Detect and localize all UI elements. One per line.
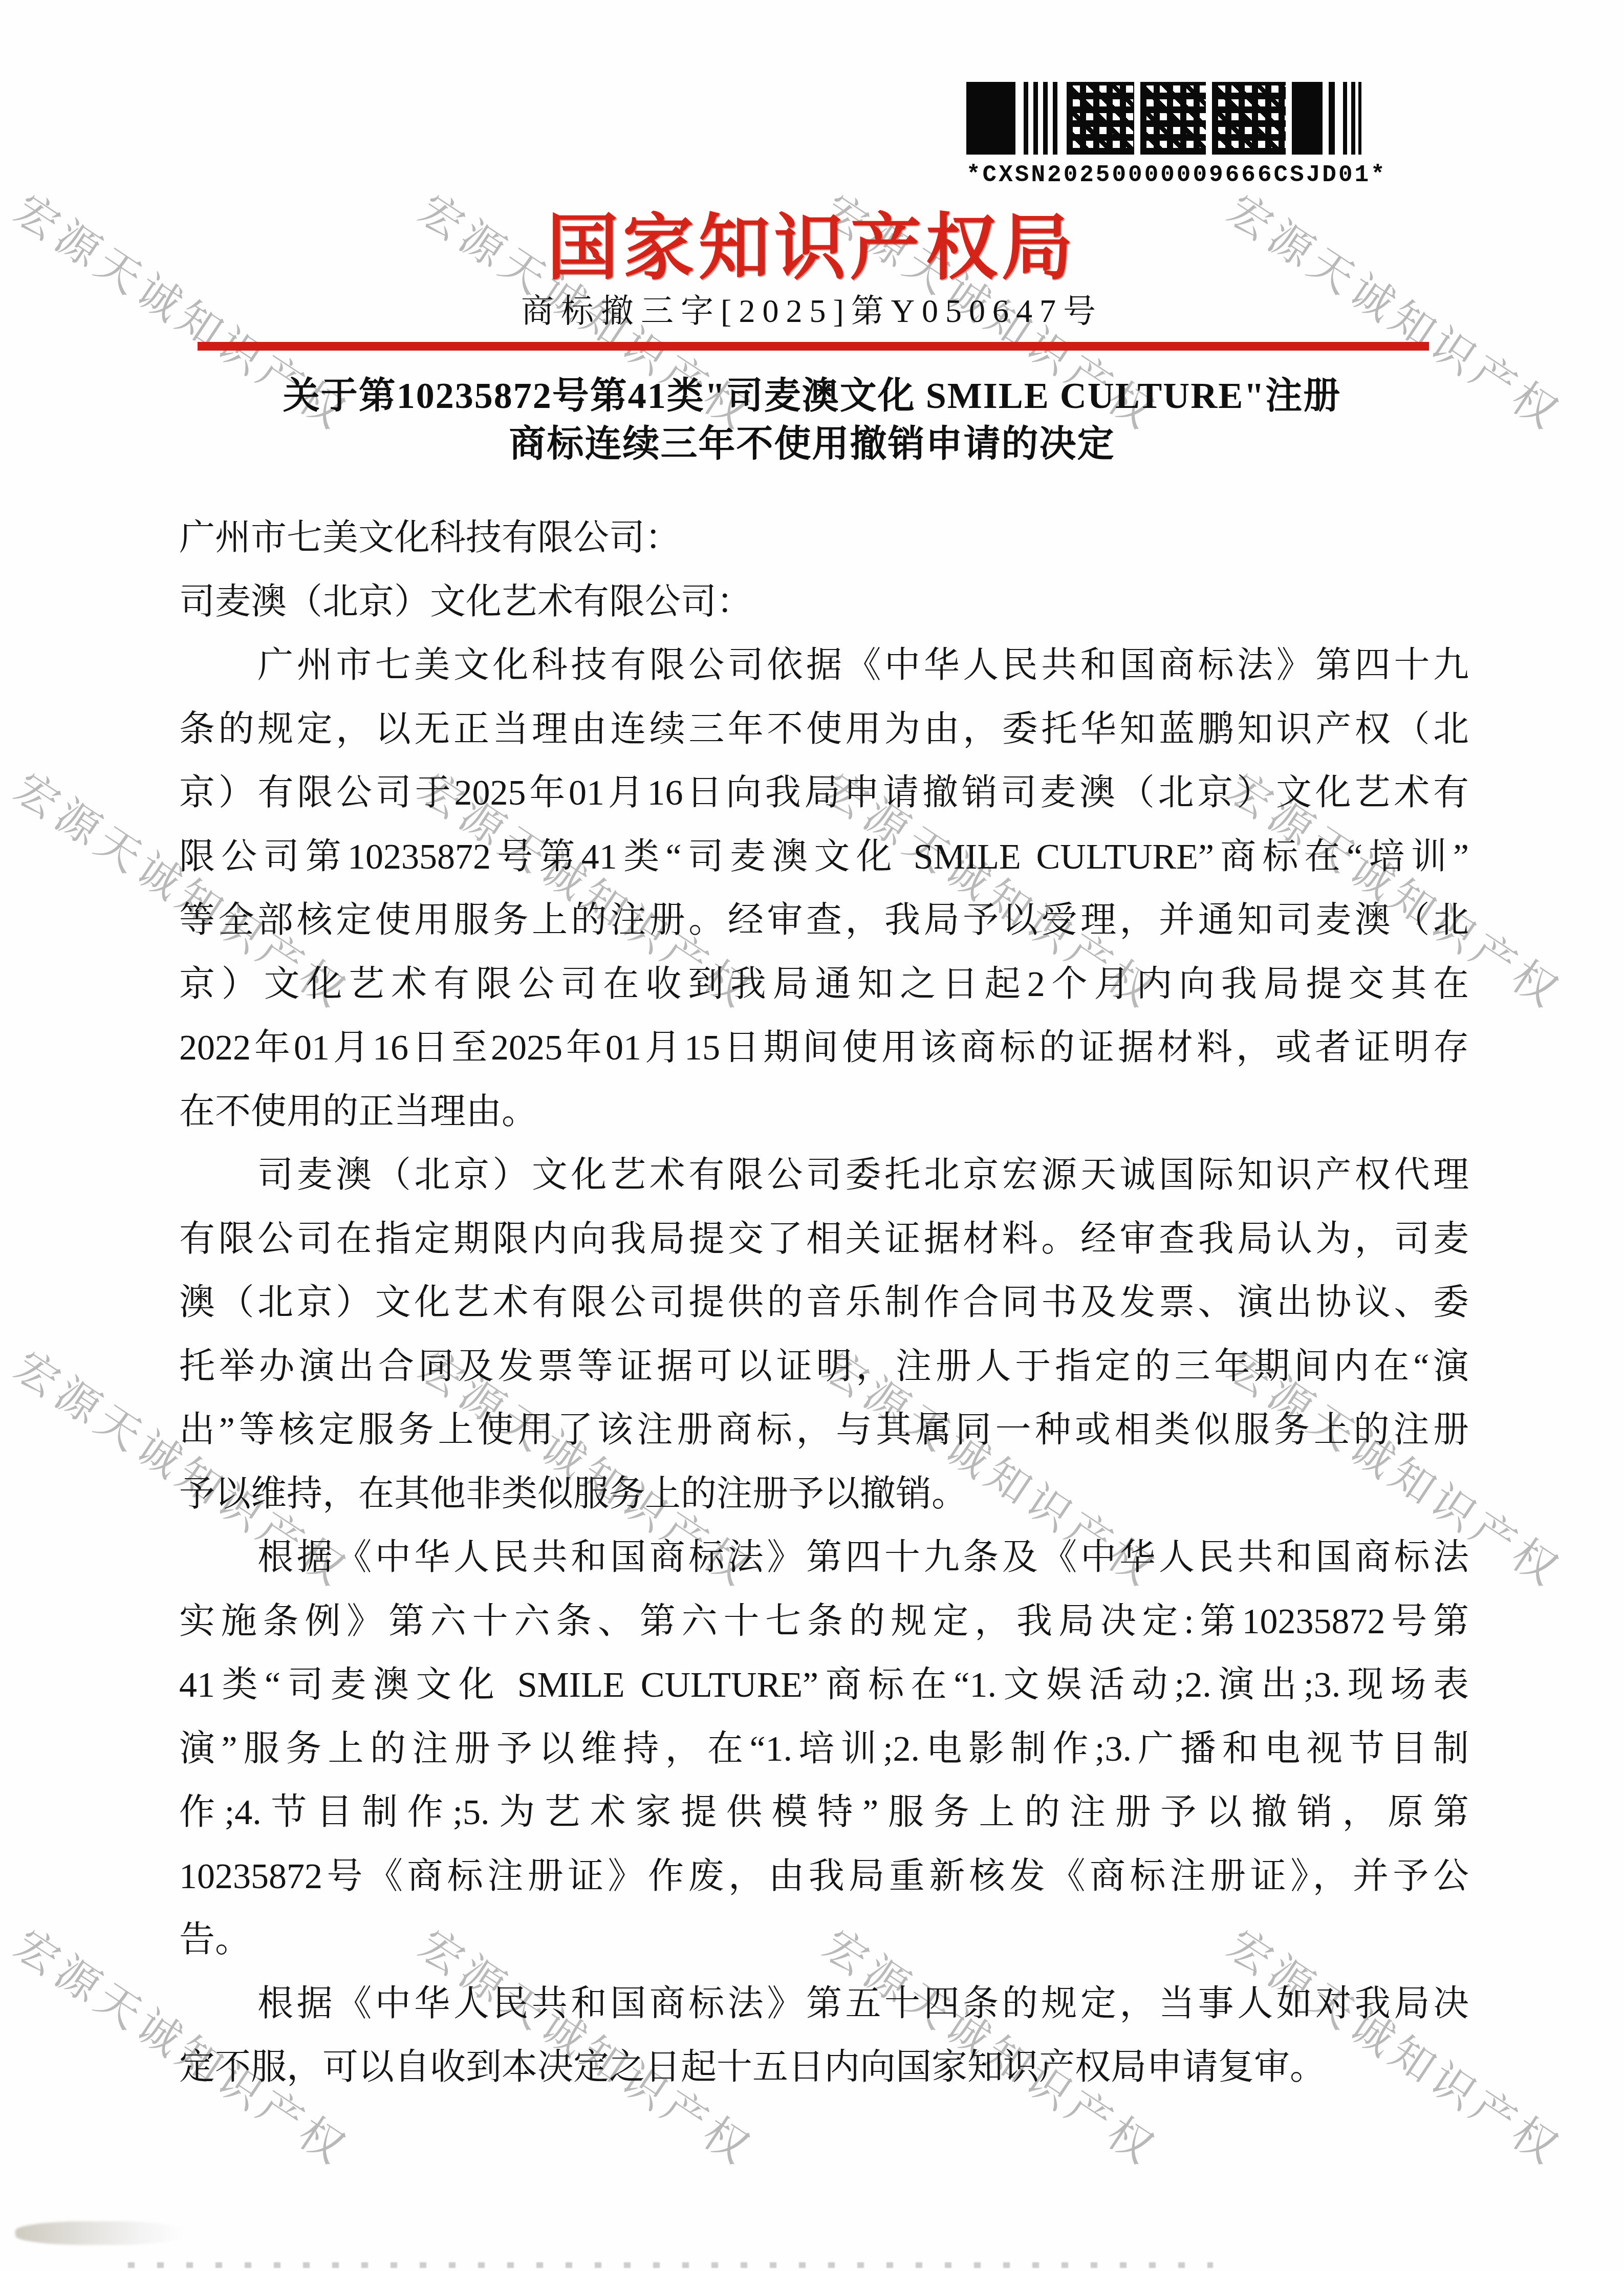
body-line: 定不服，可以自收到本决定之日起十五日内向国家知识产权局申请复审。 (179, 2036, 1469, 2100)
scan-smudge-artifact (15, 2221, 184, 2245)
barcode-matrix-segment (1140, 82, 1206, 155)
body-line: 实施条例》第六十六条、第六十七条的规定，我局决定:第10235872号第 (179, 1590, 1469, 1654)
scan-speckle-artifact (128, 2262, 1213, 2268)
barcode-bar (966, 82, 1015, 155)
body-line: 限公司第10235872号第41类“司麦澳文化 SMILE CULTURE”商标… (179, 826, 1469, 890)
body-line: 10235872号《商标注册证》作废，由我局重新核发《商标注册证》，并予公 (179, 1845, 1469, 1909)
barcode-image (966, 82, 1361, 155)
barcode-matrix-segment (1212, 82, 1286, 155)
body-line: 作;4.节目制作;5.为艺术家提供模特”服务上的注册予以撤销，原第 (179, 1781, 1469, 1845)
document-number: 商标撤三字[2025]第Y050647号 (0, 285, 1624, 332)
body-line: 澳（北京）文化艺术有限公司提供的音乐制作合同书及发票、演出协议、委 (179, 1271, 1469, 1335)
barcode-bar (1033, 82, 1038, 155)
body-line: 予以维持，在其他非类似服务上的注册予以撤销。 (179, 1463, 1469, 1527)
decision-title-line1: 关于第10235872号第41类"司麦澳文化 SMILE CULTURE"注册 (0, 372, 1624, 420)
body-line: 2022年01月16日至2025年01月15日期间使用该商标的证据材料，或者证明… (179, 1016, 1469, 1080)
body-line: 根据《中华人民共和国商标法》第四十九条及《中华人民共和国商标法 (179, 1526, 1469, 1590)
barcode-bar (1043, 82, 1048, 155)
decision-title-line2: 商标连续三年不使用撤销申请的决定 (0, 420, 1624, 468)
body-line: 41类“司麦澳文化 SMILE CULTURE”商标在“1.文娱活动;2.演出;… (179, 1654, 1469, 1718)
agency-title: 国家知识产权局 (0, 190, 1624, 293)
red-divider-line (198, 342, 1429, 351)
barcode-bar (1024, 82, 1028, 155)
barcode-bar (1053, 82, 1057, 155)
body-line: 根据《中华人民共和国商标法》第五十四条的规定，当事人如对我局决 (179, 1973, 1469, 2037)
body-line: 司麦澳（北京）文化艺术有限公司： (179, 571, 1469, 635)
barcode-block: *CXSN20250000009666CSJD01* (966, 82, 1361, 188)
body-line: 托举办演出合同及发票等证据可以证明，注册人于指定的三年期间内在“演 (179, 1335, 1469, 1399)
body-line: 等全部核定使用服务上的注册。经审查，我局予以受理，并通知司麦澳（北 (179, 889, 1469, 953)
barcode-bar (1351, 82, 1355, 155)
body-line: 京）有限公司于2025年01月16日向我局申请撤销司麦澳（北京）文化艺术有 (179, 762, 1469, 826)
barcode-bar (1343, 82, 1347, 155)
body-line: 告。 (179, 1909, 1469, 1973)
barcode-bar (1329, 82, 1335, 155)
body-line: 京）文化艺术有限公司在收到我局通知之日起2个月内向我局提交其在 (179, 953, 1469, 1017)
body-line: 有限公司在指定期限内向我局提交了相关证据材料。经审查我局认为，司麦 (179, 1208, 1469, 1272)
body-line: 广州市七美文化科技有限公司依据《中华人民共和国商标法》第四十九 (179, 634, 1469, 698)
body-line: 出”等核定服务上使用了该注册商标，与其属同一种或相类似服务上的注册 (179, 1399, 1469, 1463)
body-text: 广州市七美文化科技有限公司：司麦澳（北京）文化艺术有限公司： 广州市七美文化科技… (179, 507, 1469, 2100)
barcode-bar (1358, 82, 1361, 155)
body-line: 演”服务上的注册予以维持，在“1.培训;2.电影制作;3.广播和电视节目制 (179, 1718, 1469, 1782)
body-line: 司麦澳（北京）文化艺术有限公司委托北京宏源天诚国际知识产权代理 (179, 1144, 1469, 1208)
barcode-matrix-segment (1067, 82, 1134, 155)
barcode-text: *CXSN20250000009666CSJD01* (966, 162, 1361, 188)
scanned-document-page: 宏源天诚知识产权宏源天诚知识产权宏源天诚知识产权宏源天诚知识产权宏源天诚知识产权… (0, 0, 1624, 2271)
barcode-bar (1292, 82, 1323, 155)
body-line: 在不使用的正当理由。 (179, 1080, 1469, 1144)
body-line: 广州市七美文化科技有限公司： (179, 507, 1469, 571)
body-line: 条的规定，以无正当理由连续三年不使用为由，委托华知蓝鹏知识产权（北 (179, 698, 1469, 762)
decision-title: 关于第10235872号第41类"司麦澳文化 SMILE CULTURE"注册 … (0, 372, 1624, 468)
document-content: *CXSN20250000009666CSJD01* 国家知识产权局 商标撤三字… (0, 0, 1624, 2271)
